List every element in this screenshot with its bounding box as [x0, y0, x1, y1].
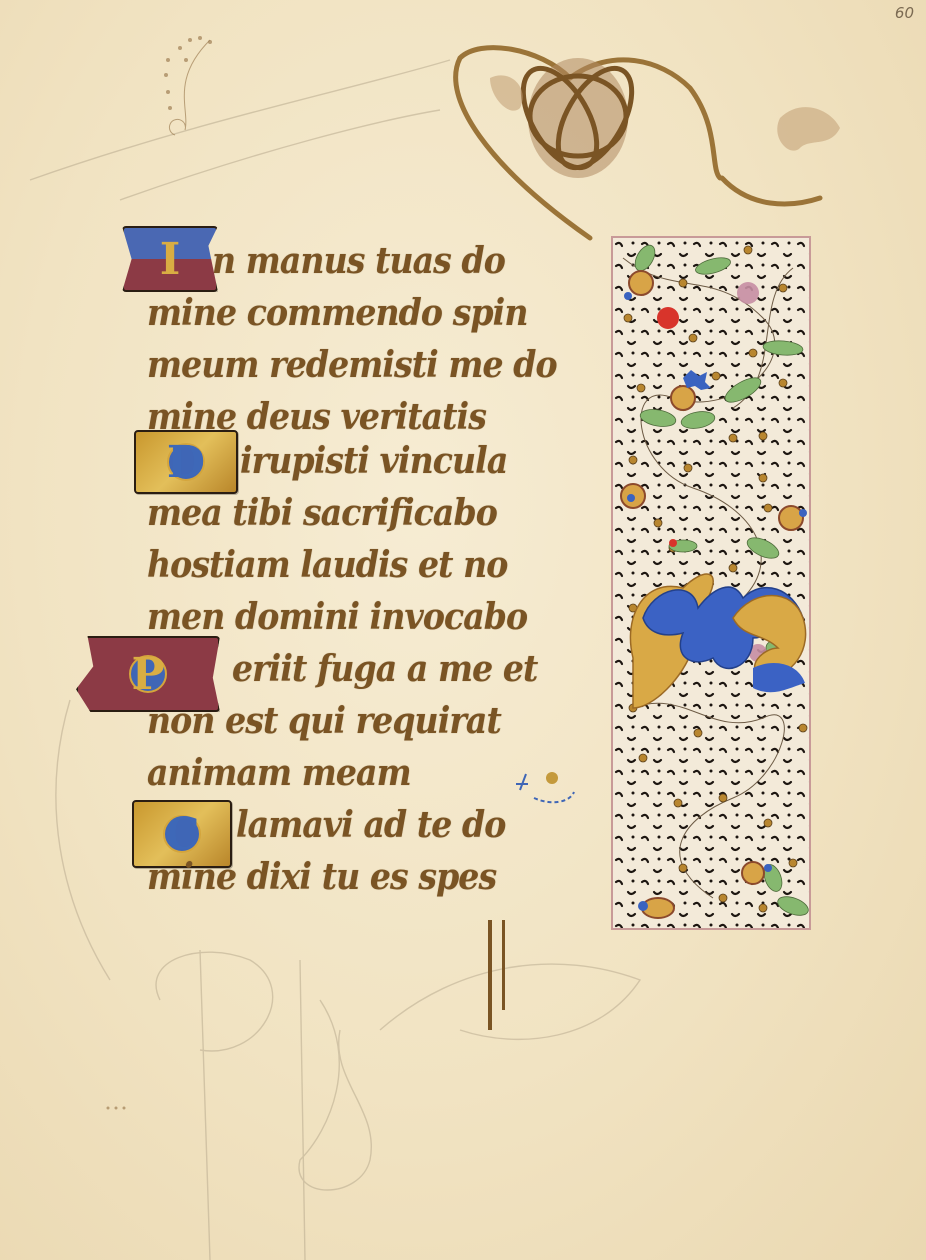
- text-line: mine commendo spin: [147, 292, 527, 348]
- folio-number: 60: [895, 4, 914, 22]
- text-line: mea tibi sacrificabo: [147, 492, 497, 548]
- text-line: eriit fuga a me et: [232, 648, 537, 704]
- text-line: hostiam laudis et no: [147, 544, 507, 600]
- long-descender-stroke: [502, 920, 505, 1010]
- red-berry-icon: [657, 307, 679, 329]
- text-line: non est qui requirat: [147, 700, 501, 756]
- interlace-knot-flourish: [430, 38, 850, 258]
- illuminated-initial-d: D: [134, 430, 238, 494]
- manuscript-page: 60: [0, 0, 926, 1260]
- text-line: mine dixi tu es spes: [147, 856, 496, 912]
- floral-border-illumination: [613, 238, 809, 928]
- text-line: n manus tuas do: [212, 240, 505, 296]
- floral-border-panel: [611, 236, 811, 930]
- long-descender-stroke: [488, 920, 492, 1030]
- text-line: lamavi ad te do: [236, 804, 505, 860]
- text-line: meum redemisti me do: [147, 344, 557, 400]
- rubric-marker: [512, 762, 582, 812]
- text-line: irupisti vincula: [240, 440, 507, 496]
- illuminated-initial-i: I: [122, 226, 218, 292]
- pink-flower-icon: [737, 282, 759, 304]
